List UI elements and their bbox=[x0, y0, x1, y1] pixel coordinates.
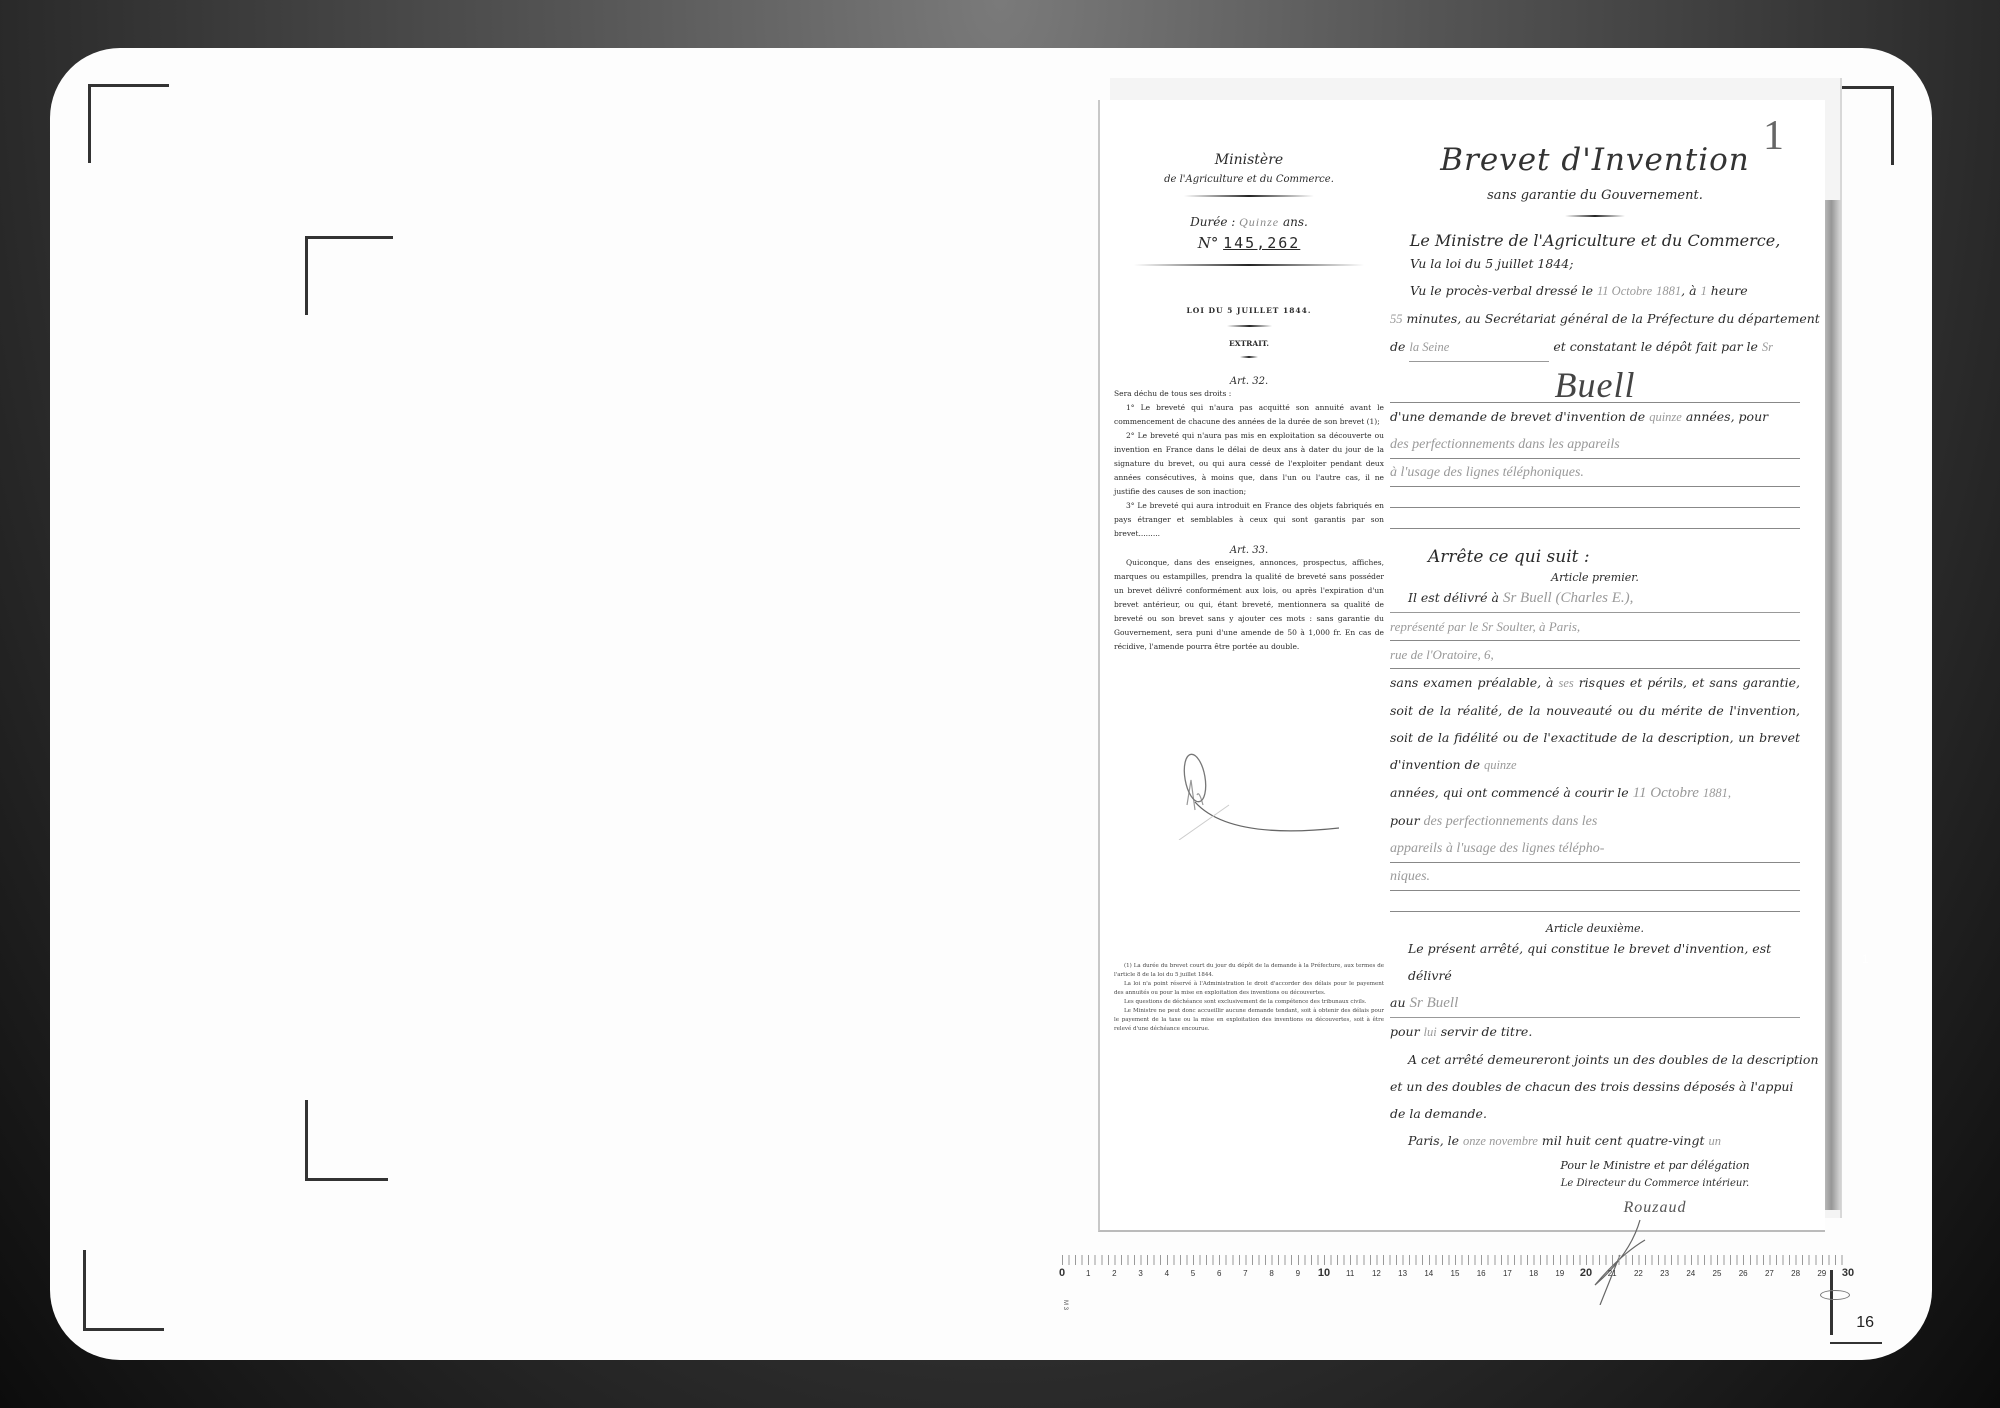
footnotes: (1) La durée du brevet court du jour du … bbox=[1114, 962, 1384, 1034]
ruler-label: 2 bbox=[1112, 1269, 1116, 1278]
ministry-title: Ministère bbox=[1114, 152, 1384, 168]
minister-heading: Le Ministre de l'Agriculture et du Comme… bbox=[1390, 231, 1800, 250]
right-column: Brevet d'Invention sans garantie du Gouv… bbox=[1390, 100, 1800, 1277]
signing-date: onze novembre bbox=[1463, 1134, 1538, 1148]
article-32-p1: 1° Le breveté qui n'aura pas acquitté so… bbox=[1114, 401, 1384, 429]
ruler-label: 5 bbox=[1191, 1269, 1195, 1278]
ruler-label: 24 bbox=[1686, 1269, 1695, 1278]
ruler-label: 16 bbox=[1477, 1269, 1486, 1278]
ruler-label: 22 bbox=[1634, 1269, 1643, 1278]
article-32-title: Art. 32. bbox=[1114, 376, 1384, 387]
footnote-1: (1) La durée du brevet court du jour du … bbox=[1114, 962, 1384, 980]
director-line: Le Directeur du Commerce intérieur. bbox=[1390, 1178, 1800, 1189]
blank-line bbox=[1390, 508, 1800, 529]
annex-line: A cet arrêté demeureront joints un des d… bbox=[1390, 1046, 1800, 1073]
ruler-label: 28 bbox=[1791, 1269, 1800, 1278]
ruler-label: 11 bbox=[1346, 1269, 1354, 1278]
ruler-label: 12 bbox=[1372, 1269, 1381, 1278]
start-date-line: années, qui ont commencé à courir le 11 … bbox=[1390, 779, 1800, 807]
ornament-divider bbox=[1134, 264, 1364, 266]
delegation-line: Pour le Ministre et par délégation bbox=[1390, 1159, 1800, 1172]
blank-line bbox=[1390, 891, 1800, 912]
margin-initials bbox=[1169, 750, 1329, 830]
crop-mark-top-left-inner bbox=[305, 236, 393, 315]
ruler-label: 0 bbox=[1059, 1267, 1065, 1279]
ruler-label: 6 bbox=[1217, 1269, 1221, 1278]
department-line: de la Seine et constatant le dépôt fait … bbox=[1390, 333, 1800, 362]
document-subtitle: sans garantie du Gouvernement. bbox=[1390, 188, 1800, 203]
representative-line: représenté par le Sr Soulter, à Paris, bbox=[1390, 613, 1800, 641]
side-mark: 1 bbox=[1862, 952, 1869, 966]
pv-minutes-line: 55 minutes, au Secrétariat général de la… bbox=[1390, 305, 1800, 333]
ruler-label: 26 bbox=[1739, 1269, 1748, 1278]
document-title: Brevet d'Invention bbox=[1390, 142, 1800, 178]
ruler-label: 9 bbox=[1296, 1269, 1300, 1278]
department-value: la Seine bbox=[1409, 334, 1549, 362]
law-title: LOI DU 5 JUILLET 1844. bbox=[1114, 306, 1384, 315]
title-use-line: pour lui servir de titre. bbox=[1390, 1018, 1800, 1046]
invention-full-line-3: niques. bbox=[1390, 863, 1800, 891]
article-2-title: Article deuxième. bbox=[1390, 922, 1800, 935]
patent-number: 145,262 bbox=[1223, 234, 1300, 252]
pv-date: 11 Octobre bbox=[1597, 284, 1652, 298]
sheet-number: 16 bbox=[1856, 1314, 1874, 1332]
invention-full-line-1: pour des perfectionnements dans les bbox=[1390, 807, 1800, 835]
duration-value: Quinze bbox=[1239, 215, 1279, 229]
footnote-3: Les questions de déchéance sont exclusiv… bbox=[1114, 998, 1384, 1007]
ornament-divider bbox=[1565, 215, 1625, 217]
signature-name: Rouzaud bbox=[1624, 1199, 1687, 1216]
article-33-title: Art. 33. bbox=[1114, 545, 1384, 556]
ruler-label: 21 bbox=[1608, 1269, 1617, 1278]
article-32-intro: Sera déchu de tous ses droits : bbox=[1114, 387, 1384, 401]
ruler-label: 30 bbox=[1842, 1267, 1854, 1279]
invention-title-line-1: des perfectionnements dans les appareils bbox=[1390, 431, 1800, 459]
article-2-recipient-line: au Sr Buell bbox=[1390, 989, 1800, 1018]
ornament-divider bbox=[1240, 356, 1258, 358]
ornament-divider bbox=[1184, 195, 1314, 197]
footnote-4: Le Ministre ne peut donc accueillir aucu… bbox=[1114, 1007, 1384, 1034]
article-1-title: Article premier. bbox=[1390, 571, 1800, 584]
beneficiary-name: Sr Buell (Charles E.), bbox=[1503, 590, 1633, 606]
article-32-p3: 3° Le breveté qui aura introduit en Fran… bbox=[1114, 499, 1384, 541]
ruler-label: 15 bbox=[1451, 1269, 1460, 1278]
ruler-label: 13 bbox=[1398, 1269, 1407, 1278]
start-date: 11 Octobre bbox=[1633, 785, 1699, 801]
patent-number-line: N° 145,262 bbox=[1114, 234, 1384, 252]
depositor-line: Buell bbox=[1390, 362, 1800, 403]
scale-ruler: 0123456789101112131415161718192021222324… bbox=[1060, 1255, 1860, 1285]
ruler-label: 3 bbox=[1138, 1269, 1142, 1278]
ruler-label: 1 bbox=[1086, 1269, 1090, 1278]
delivered-to-line: Il est délivré à Sr Buell (Charles E.), bbox=[1390, 584, 1800, 613]
extract-label: EXTRAIT. bbox=[1114, 339, 1384, 348]
invention-full-line-2: appareils à l'usage des lignes télépho- bbox=[1390, 835, 1800, 863]
ruler-label: 18 bbox=[1529, 1269, 1538, 1278]
invention-title-line-2: à l'usage des lignes téléphoniques. bbox=[1390, 459, 1800, 487]
left-column: Ministère de l'Agriculture et du Commerc… bbox=[1114, 100, 1384, 654]
ruler-label: 19 bbox=[1555, 1269, 1564, 1278]
ruler-ticks bbox=[1062, 1255, 1848, 1265]
ruler-label: 14 bbox=[1424, 1269, 1433, 1278]
article-1-body: sans examen préalable, à ses risques et … bbox=[1390, 669, 1800, 779]
crop-mark-top-left-outer bbox=[88, 84, 169, 163]
ruler-label: 7 bbox=[1243, 1269, 1247, 1278]
demand-line: d'une demande de brevet d'invention de q… bbox=[1390, 403, 1800, 431]
paperclip-mark bbox=[1820, 1290, 1850, 1300]
ruler-label: 4 bbox=[1165, 1269, 1169, 1278]
ruler-label: 10 bbox=[1318, 1267, 1330, 1279]
blank-line bbox=[1390, 487, 1800, 508]
crop-mark-bottom-left-inner bbox=[305, 1100, 388, 1181]
ruler-label: 20 bbox=[1580, 1267, 1592, 1279]
ministry-subtitle: de l'Agriculture et du Commerce. bbox=[1114, 174, 1384, 185]
ruler-label: 23 bbox=[1660, 1269, 1669, 1278]
crop-mark-bottom-left-outer bbox=[83, 1250, 164, 1331]
vu-loi: Vu la loi du 5 juillet 1844; bbox=[1390, 250, 1800, 277]
article-33-text: Quiconque, dans des enseignes, annonces,… bbox=[1114, 556, 1384, 654]
depositor-name: Buell bbox=[1555, 365, 1636, 405]
sheet-number-box: 16 bbox=[1830, 1312, 1882, 1344]
address-line: rue de l'Oratoire, 6, bbox=[1390, 641, 1800, 669]
ruler-label: 27 bbox=[1765, 1269, 1774, 1278]
article-2-text: Le présent arrêté, qui constitue le brev… bbox=[1390, 935, 1800, 989]
ruler-side-label: M 3 bbox=[1062, 1300, 1068, 1310]
vu-proces-verbal: Vu le procès-verbal dressé le 11 Octobre… bbox=[1390, 277, 1800, 305]
arrete-heading: Arrête ce qui suit : bbox=[1390, 547, 1800, 567]
ruler-label: 17 bbox=[1503, 1269, 1512, 1278]
ruler-label: 29 bbox=[1817, 1269, 1826, 1278]
ruler-label: 25 bbox=[1713, 1269, 1722, 1278]
ruler-label: 8 bbox=[1269, 1269, 1273, 1278]
folio-number: 1 bbox=[1763, 112, 1785, 160]
place-date-line: Paris, le onze novembre mil huit cent qu… bbox=[1390, 1127, 1800, 1155]
footnote-2: La loi n'a point réservé à l'Administrat… bbox=[1114, 980, 1384, 998]
annex-detail: et un des doubles de chacun des trois de… bbox=[1390, 1073, 1800, 1127]
ornament-divider bbox=[1227, 325, 1272, 327]
duration-line: Durée : Quinze ans. bbox=[1114, 215, 1384, 230]
article-32-p2: 2° Le breveté qui n'aura pas mis en expl… bbox=[1114, 429, 1384, 499]
patent-document: Ministère de l'Agriculture et du Commerc… bbox=[1098, 100, 1825, 1232]
